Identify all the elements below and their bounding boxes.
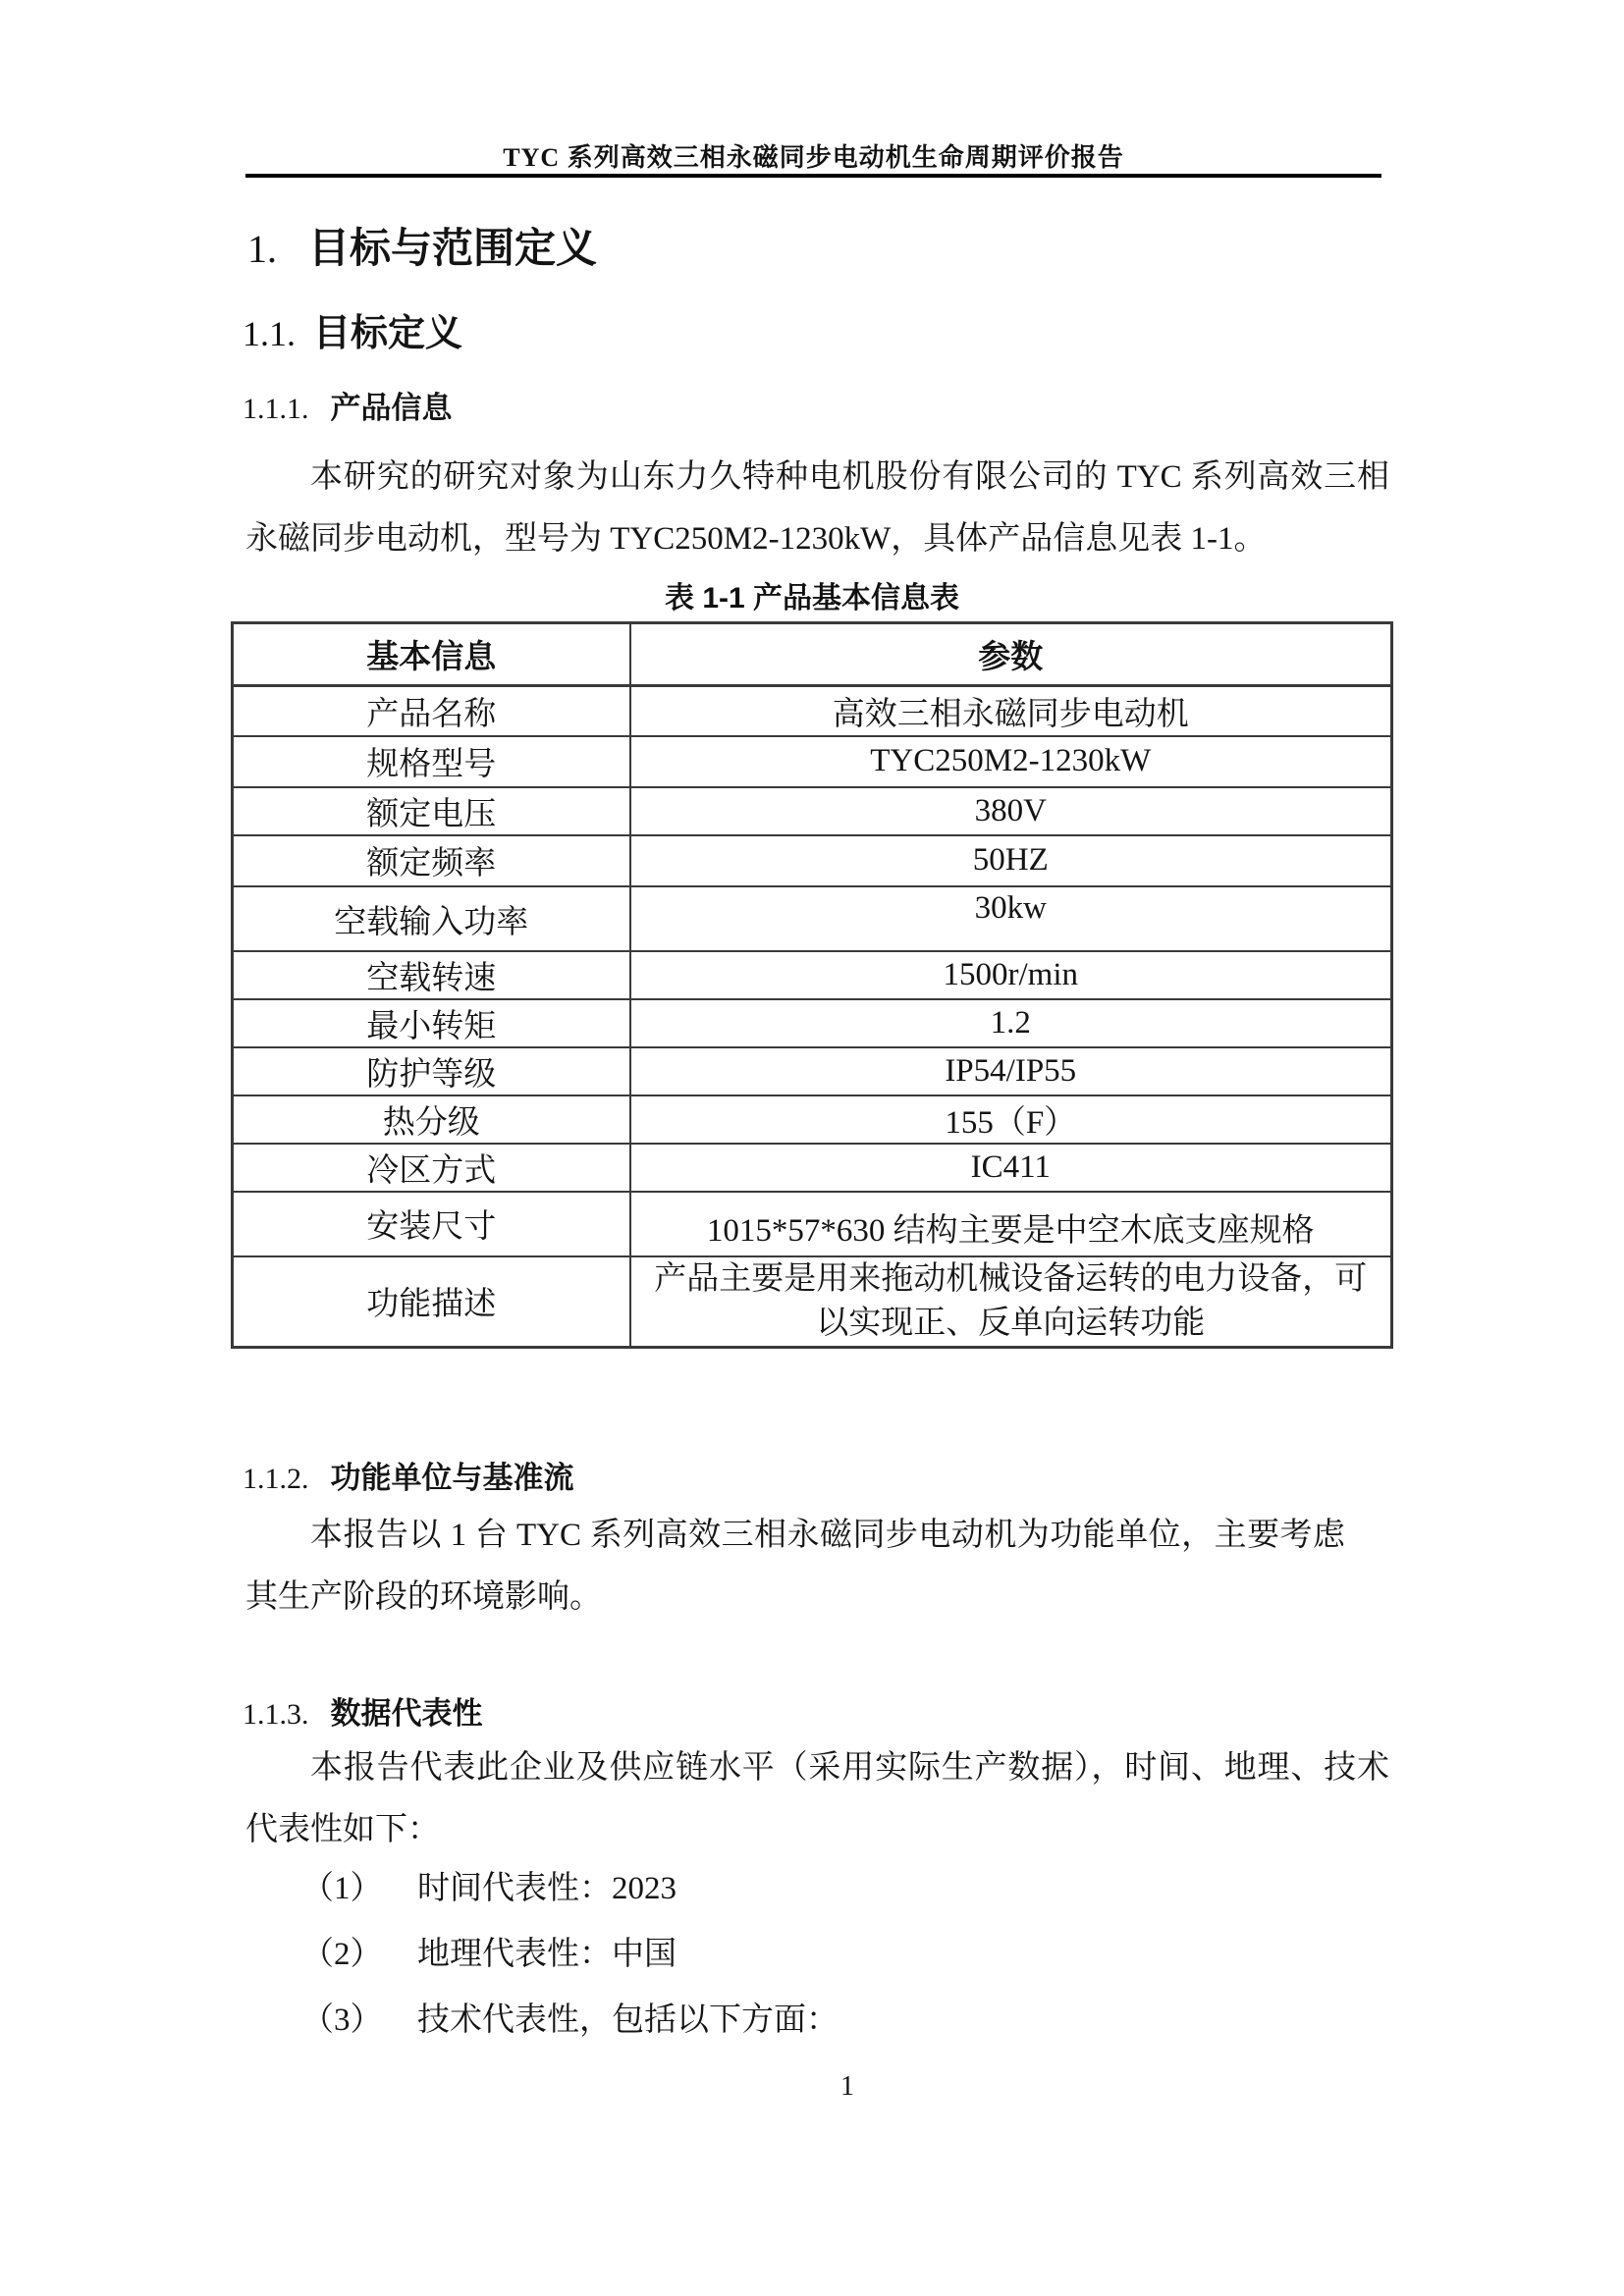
row-value: 155（F） <box>630 1095 1392 1144</box>
page-header-title: TYC 系列高效三相永磁同步电动机生命周期评价报告 <box>245 137 1381 174</box>
heading-functional-unit: 1.1.2.功能单位与基准流 <box>243 1453 574 1497</box>
heading-number: 1.1. <box>243 314 296 353</box>
heading-number: 1.1.1. <box>243 393 309 425</box>
list-item: （3）技术代表性，包括以下方面： <box>301 1990 839 2052</box>
heading-data-representativeness: 1.1.3.数据代表性 <box>243 1688 483 1733</box>
row-value: 1500r/min <box>630 951 1392 999</box>
table-row: 规格型号 TYC250M2-1230kW <box>233 736 1392 787</box>
row-value: 1015*57*630 结构主要是中空木底支座规格 <box>630 1192 1392 1256</box>
list-item-number: （2） <box>301 1924 417 1986</box>
table-row: 额定电压 380V <box>233 787 1392 835</box>
heading-number: 1.1.3. <box>243 1698 309 1731</box>
row-value: 380V <box>630 787 1392 835</box>
page-number: 1 <box>280 2071 1415 2103</box>
row-value: 50HZ <box>630 835 1392 886</box>
table-row: 空载转速 1500r/min <box>233 951 1392 999</box>
table-header-basic-info: 基本信息 <box>233 623 630 686</box>
heading-goal-definition: 1.1.目标定义 <box>243 302 462 356</box>
heading-text: 目标与范围定义 <box>308 225 597 271</box>
row-label: 热分级 <box>233 1095 630 1144</box>
table-header-row: 基本信息 参数 <box>233 623 1392 686</box>
paragraph-product-info: 本研究的研究对象为山东力久特种电机股份有限公司的 TYC 系列高效三相永磁同步电… <box>245 447 1389 570</box>
table-row: 防护等级 IP54/IP55 <box>233 1047 1392 1095</box>
heading-text: 产品信息 <box>331 391 453 425</box>
paragraph-data-representativeness: 本报告代表此企业及供应链水平（采用实际生产数据），时间、地理、技术代表性如下： <box>245 1737 1389 1861</box>
row-label: 产品名称 <box>233 686 630 736</box>
product-info-table: 基本信息 参数 产品名称 高效三相永磁同步电动机 规格型号 TYC250M2-1… <box>231 621 1393 1349</box>
list-item-text: 时间代表性：2023 <box>417 1871 677 1906</box>
list-item-text: 技术代表性，包括以下方面： <box>417 2002 839 2038</box>
page-header-rule <box>245 174 1381 178</box>
list-item: （1）时间代表性：2023 <box>301 1858 839 1920</box>
row-label: 防护等级 <box>233 1047 630 1095</box>
paragraph-functional-unit: 本报告以 1 台 TYC 系列高效三相永磁同步电动机为功能单位，主要考虑其生产阶… <box>245 1505 1345 1629</box>
table-row: 冷区方式 IC411 <box>233 1144 1392 1192</box>
heading-goal-and-scope: 1.目标与范围定义 <box>247 216 597 275</box>
row-label: 空载转速 <box>233 951 630 999</box>
table-caption: 表 1-1 产品基本信息表 <box>231 573 1393 616</box>
table-row: 安装尺寸 1015*57*630 结构主要是中空木底支座规格 <box>233 1192 1392 1256</box>
heading-text: 目标定义 <box>313 313 462 354</box>
row-label: 额定频率 <box>233 835 630 886</box>
heading-text: 功能单位与基准流 <box>331 1461 574 1495</box>
row-value: TYC250M2-1230kW <box>630 736 1392 787</box>
row-label: 安装尺寸 <box>233 1192 630 1256</box>
table-row: 热分级 155（F） <box>233 1095 1392 1144</box>
row-value: 产品主要是用来拖动机械设备运转的电力设备，可以实现正、反单向运转功能 <box>630 1256 1392 1348</box>
heading-number: 1.1.2. <box>243 1463 309 1495</box>
table-row: 空载输入功率 30kw <box>233 886 1392 951</box>
table-header-parameter: 参数 <box>630 623 1392 686</box>
table-row: 功能描述 产品主要是用来拖动机械设备运转的电力设备，可以实现正、反单向运转功能 <box>233 1256 1392 1348</box>
row-value: IP54/IP55 <box>630 1047 1392 1095</box>
heading-number: 1. <box>247 227 277 271</box>
table-row: 额定频率 50HZ <box>233 835 1392 886</box>
row-value: IC411 <box>630 1144 1392 1192</box>
row-label: 冷区方式 <box>233 1144 630 1192</box>
row-value: 1.2 <box>630 999 1392 1047</box>
document-page: TYC 系列高效三相永磁同步电动机生命周期评价报告 1.目标与范围定义 1.1.… <box>0 0 1624 2296</box>
representativeness-list: （1）时间代表性：2023 （2）地理代表性：中国 （3）技术代表性，包括以下方… <box>301 1858 839 2056</box>
row-value: 30kw <box>630 886 1392 951</box>
table-row: 产品名称 高效三相永磁同步电动机 <box>233 686 1392 736</box>
row-value: 高效三相永磁同步电动机 <box>630 686 1392 736</box>
table-row: 最小转矩 1.2 <box>233 999 1392 1047</box>
row-label: 空载输入功率 <box>233 886 630 951</box>
row-label: 规格型号 <box>233 736 630 787</box>
heading-product-info: 1.1.1.产品信息 <box>243 383 453 427</box>
list-item: （2）地理代表性：中国 <box>301 1924 839 1986</box>
list-item-number: （3） <box>301 1990 417 2052</box>
list-item-number: （1） <box>301 1858 417 1920</box>
list-item-text: 地理代表性：中国 <box>417 1937 677 1972</box>
heading-text: 数据代表性 <box>331 1696 483 1731</box>
row-label: 最小转矩 <box>233 999 630 1047</box>
row-label: 功能描述 <box>233 1256 630 1348</box>
row-label: 额定电压 <box>233 787 630 835</box>
